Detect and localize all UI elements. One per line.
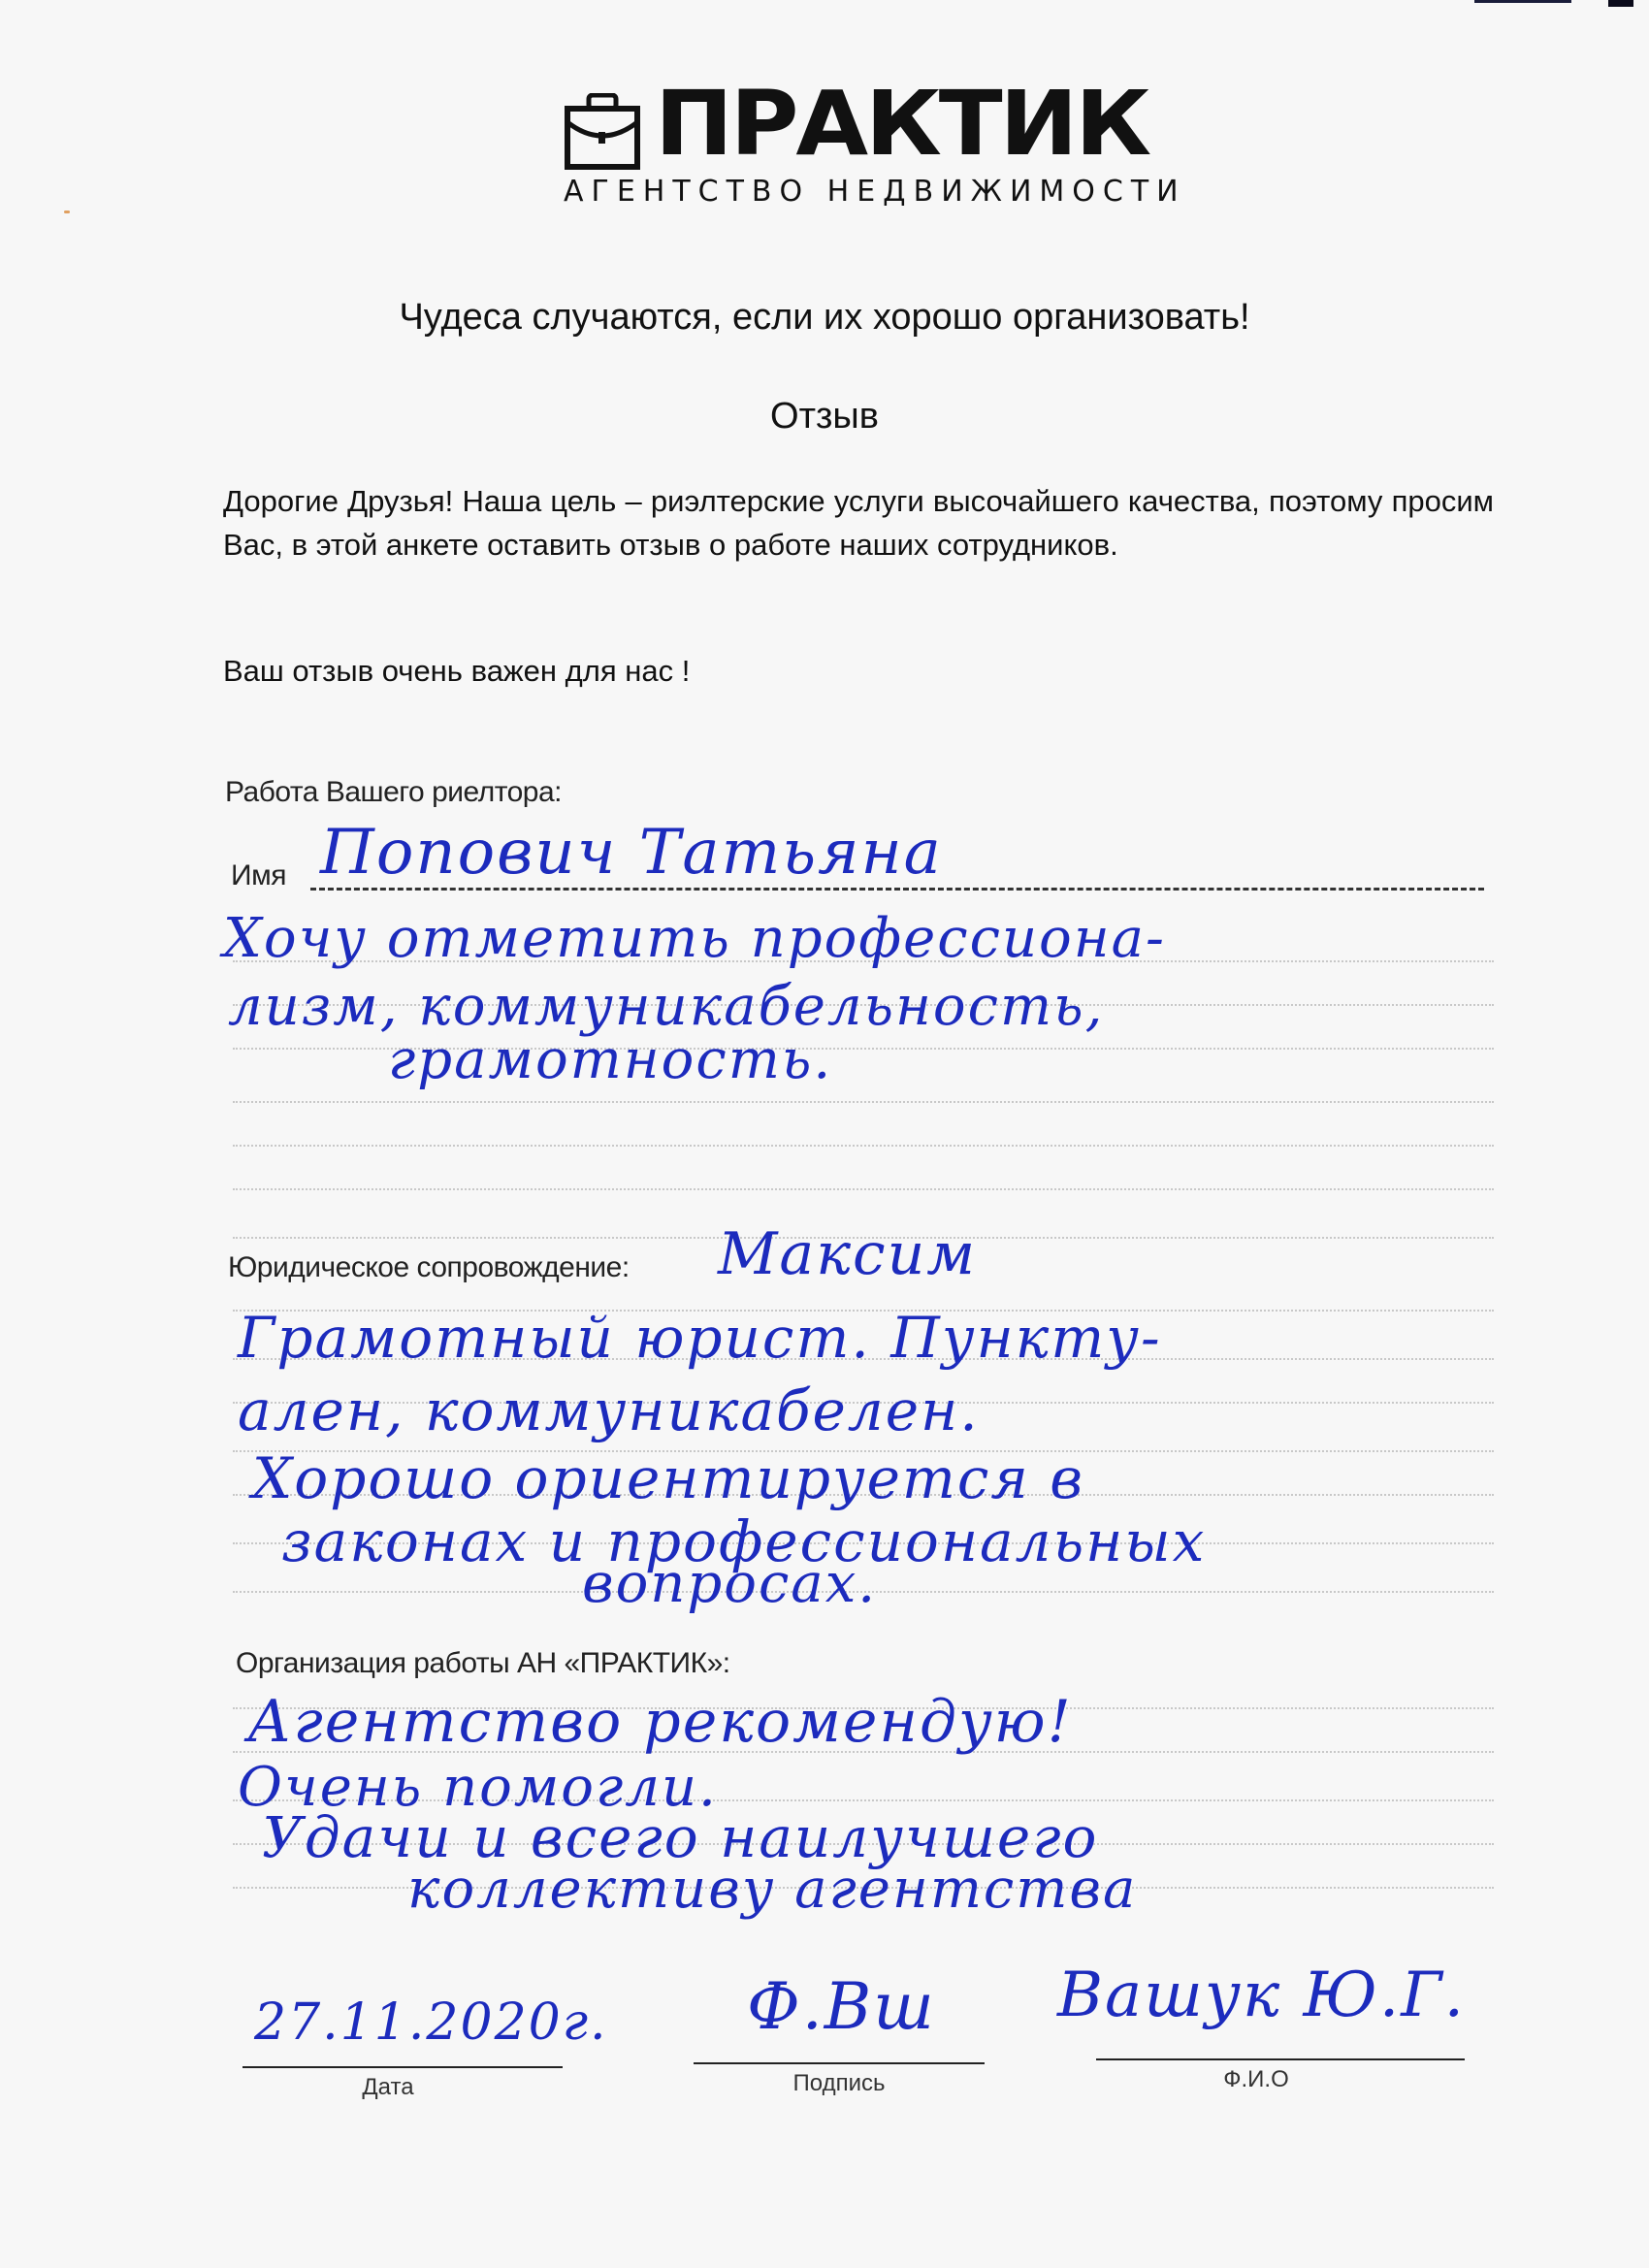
realtor-section-label: Работа Вашего риелтора:	[225, 776, 562, 809]
fio-line	[1096, 2058, 1465, 2060]
date-value: 27.11.2020г.	[254, 1993, 608, 2052]
signature: Ф.Вш	[747, 1969, 936, 2044]
signature-line	[694, 2062, 985, 2064]
legal-comment-line: Грамотный юрист. Пункту-	[238, 1305, 1162, 1371]
page-title: Отзыв	[0, 396, 1649, 437]
realtor-comment-line: грамотность.	[388, 1028, 832, 1091]
brand-subtitle: АГЕНТСТВО НЕДВИЖИМОСТИ	[564, 175, 1186, 209]
scan-artifact	[1474, 0, 1571, 3]
scan-artifact	[1608, 0, 1633, 7]
important-note: Ваш отзыв очень важен для нас !	[223, 654, 690, 689]
date-label: Дата	[242, 2074, 533, 2101]
realtor-comment-line: Хочу отметить профессиона-	[223, 907, 1166, 970]
legal-comment-line: вопросах.	[582, 1552, 877, 1615]
realtor-name: Попович Татьяна	[320, 817, 943, 889]
lawyer-name: Максим	[718, 1220, 977, 1288]
scan-speck	[64, 211, 70, 213]
fio-value: Вашук Ю.Г.	[1057, 1960, 1466, 2031]
legal-section-label: Юридическое сопровождение:	[228, 1251, 630, 1284]
intro-paragraph: Дорогие Друзья! Наша цель – риэлтерские …	[223, 479, 1494, 567]
legal-comment-line: ален, коммуникабелен.	[238, 1377, 980, 1443]
agency-comment-line: Агентство рекомендую!	[247, 1688, 1073, 1756]
name-label: Имя	[231, 859, 286, 892]
briefcase-icon	[564, 93, 641, 171]
agency-comment-line: коллективу агентства	[407, 1858, 1137, 1921]
agency-section-label: Организация работы АН «ПРАКТИК»:	[236, 1647, 730, 1680]
legal-comment-line: Хорошо ориентируется в	[252, 1445, 1084, 1511]
slogan: Чудеса случаются, если их хорошо организ…	[0, 297, 1649, 339]
fio-label: Ф.И.О	[1096, 2066, 1416, 2093]
agency-logo: ПРАКТИК АГЕНТСТВО НЕДВИЖИМОСТИ	[558, 85, 1159, 211]
date-line	[242, 2066, 563, 2068]
brand-name: ПРАКТИК	[655, 80, 1148, 169]
signature-label: Подпись	[694, 2070, 985, 2097]
